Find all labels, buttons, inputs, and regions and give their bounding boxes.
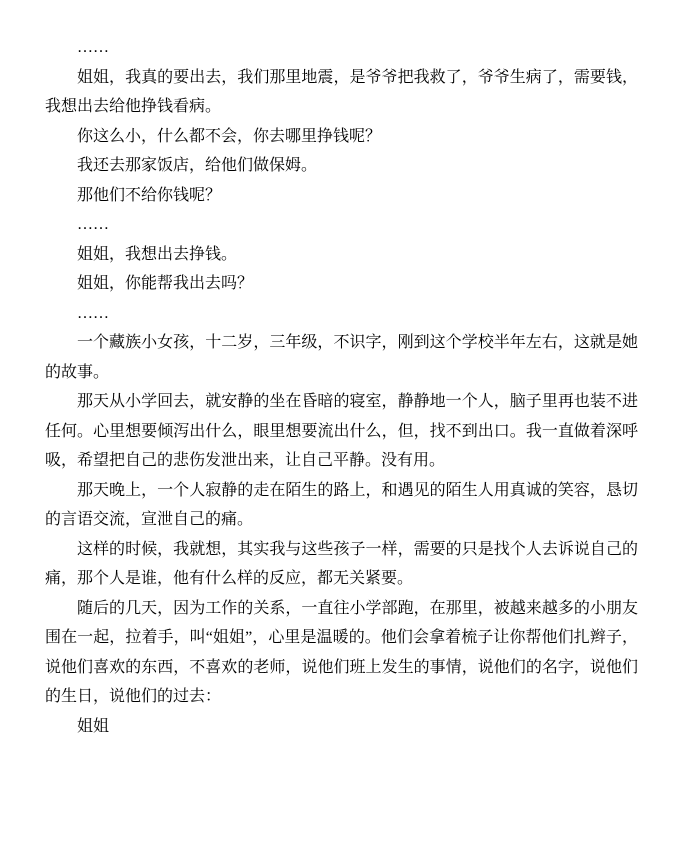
ellipsis-paragraph: …… xyxy=(45,33,638,63)
narrative-paragraph: 随后的几天，因为工作的关系，一直往小学部跑，在那里，被越来越多的小朋友围在一起，… xyxy=(45,594,638,712)
narrative-paragraph: 那天晚上，一个人寂静的走在陌生的路上，和遇见的陌生人用真诚的笑容，恳切的言语交流… xyxy=(45,476,638,535)
closing-word-paragraph: 姐姐 xyxy=(45,712,638,742)
dialog-paragraph: 姐姐，我想出去挣钱。 xyxy=(45,240,638,270)
narrative-paragraph: 那天从小学回去，就安静的坐在昏暗的寝室，静静地一个人，脑子里再也装不进任何。心里… xyxy=(45,387,638,476)
ellipsis-paragraph: …… xyxy=(45,299,638,329)
dialog-paragraph: 我还去那家饭店，给他们做保姆。 xyxy=(45,151,638,181)
dialog-paragraph: 姐姐，你能帮我出去吗？ xyxy=(45,269,638,299)
document-page: …… 姐姐，我真的要出去，我们那里地震，是爷爷把我救了，爷爷生病了，需要钱，我想… xyxy=(0,0,683,860)
dialog-paragraph: 那他们不给你钱呢？ xyxy=(45,181,638,211)
narrative-paragraph: 一个藏族小女孩，十二岁，三年级，不识字，刚到这个学校半年左右，这就是她的故事。 xyxy=(45,328,638,387)
narrative-paragraph: 这样的时候，我就想，其实我与这些孩子一样，需要的只是找个人去诉说自己的痛，那个人… xyxy=(45,535,638,594)
dialog-paragraph: 你这么小，什么都不会，你去哪里挣钱呢？ xyxy=(45,122,638,152)
ellipsis-paragraph: …… xyxy=(45,210,638,240)
dialog-paragraph: 姐姐，我真的要出去，我们那里地震，是爷爷把我救了，爷爷生病了，需要钱，我想出去给… xyxy=(45,63,638,122)
